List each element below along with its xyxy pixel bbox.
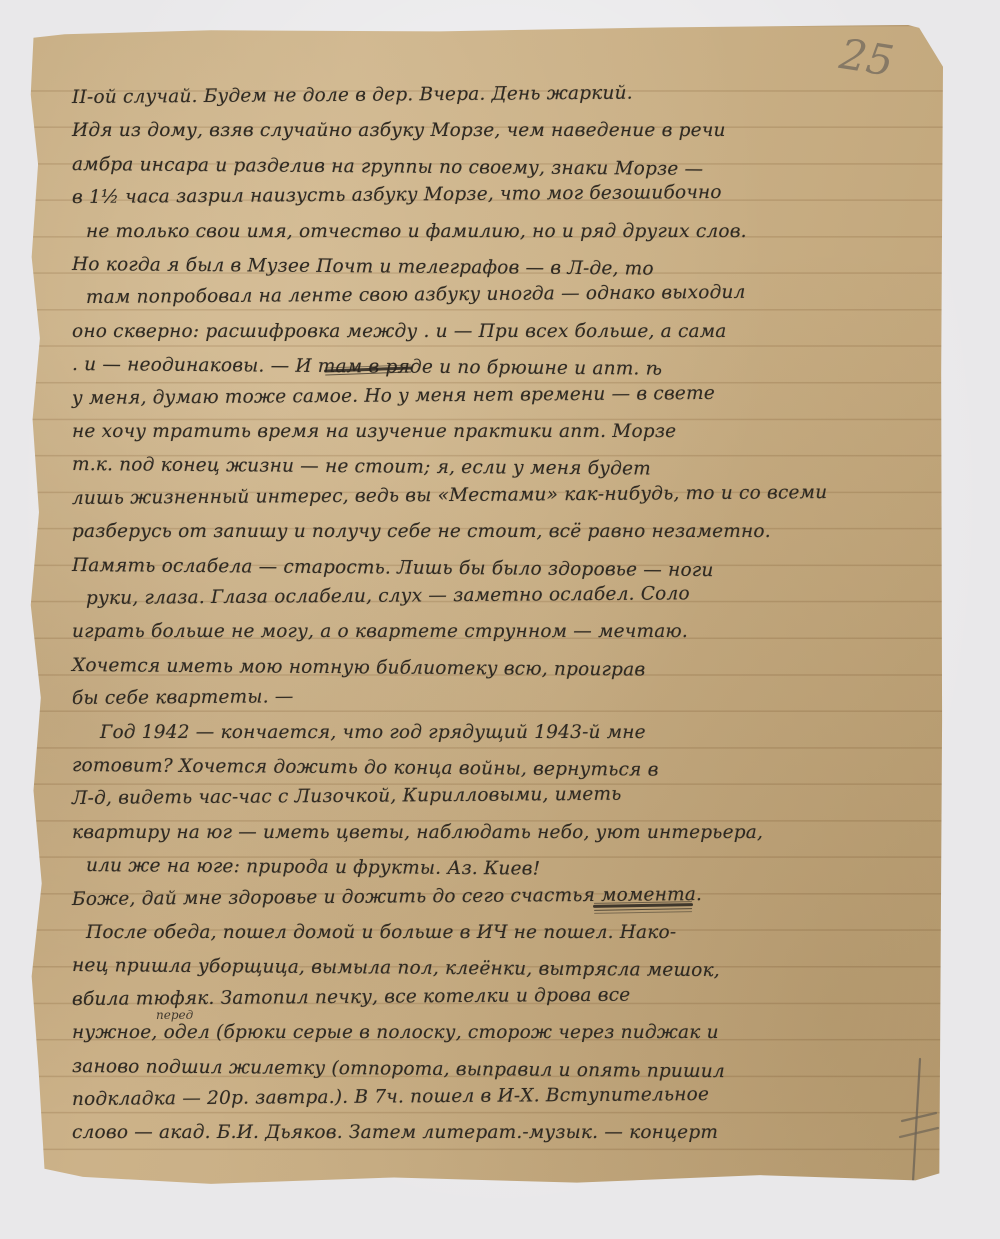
handwritten-line: нец пришла уборщица, вымыла пол, клеёнки… [72,955,720,981]
handwritten-line: в 1½ часа зазрил наизусть азбуку Морзе, … [72,182,722,208]
handwritten-line: там попробовал на ленте свою азбуку иног… [86,282,746,308]
handwritten-line: т.к. под конец жизни — не стоит; я, если… [72,454,651,480]
handwritten-line: или же на юге: природа и фрукты. Аз. Кие… [86,855,540,880]
handwritten-line: квартиру на юг — иметь цветы, наблюдать … [72,822,763,843]
handwritten-line: Хочется иметь мою нотную библиотеку всю,… [72,655,646,681]
handwritten-line: бы себе квартеты. — [72,686,294,709]
handwritten-line: подкладка — 20р. завтра.). В 7ч. пошел в… [72,1084,709,1110]
photo-background: 25 II-ой случай. Будем не доле в дер. Вч… [0,0,1000,1239]
handwritten-line: слово — акад. Б.И. Дьяков. Затем литерат… [72,1122,718,1143]
handwritten-line: II-ой случай. Будем не доле в дер. Вчера… [72,83,633,108]
handwritten-line: Память ослабела — старость. Лишь бы было… [72,555,714,581]
handwritten-line: нужное, одел (брюки серые в полоску, сто… [72,1022,719,1043]
handwritten-line: готовит? Хочется дожить до конца войны, … [72,755,659,781]
handwritten-line: После обеда, пошел домой и больше в ИЧ н… [86,922,676,943]
pencil-margin-mark [890,1055,950,1205]
handwritten-line: у меня, думаю тоже самое. Но у меня нет … [72,383,715,409]
handwritten-line: лишь жизненный интерес, ведь вы «Местами… [72,482,827,509]
manuscript-page: 25 II-ой случай. Будем не доле в дер. Вч… [28,25,943,1185]
handwritten-line: Л-д, видеть час-час с Лизочкой, Кириллов… [72,784,622,809]
handwritten-line: не хочу тратить время на изучение практи… [72,421,676,442]
handwritten-line: Но когда я был в Музее Почт и телеграфов… [72,254,654,280]
handwritten-line: вбила тюфяк. Затопил печку, все котелки … [72,984,631,1009]
handwritten-line: заново подшил жилетку (отпорота, выправи… [72,1056,725,1082]
handwritten-line: играть больше не могу, а о квартете стру… [72,621,688,642]
strikethrough-mark [593,903,693,908]
handwritten-line: руки, глаза. Глаза ослабели, слух — заме… [86,583,690,609]
handwritten-line: Идя из дому, взяв случайно азбуку Морзе,… [72,120,726,141]
inserted-word: перед [156,1008,193,1022]
handwritten-line: разберусь от запишу и получу себе не сто… [72,521,771,542]
handwritten-line: амбра инсара и разделив на группы по сво… [72,154,703,180]
handwritten-line: оно скверно: расшифровка между . и — При… [72,321,727,342]
handwritten-line: Год 1942 — кончается, что год грядущий 1… [100,722,646,743]
handwritten-line: не только свои имя, отчество и фамилию, … [86,221,747,242]
page-number-pencil: 25 [836,29,896,86]
